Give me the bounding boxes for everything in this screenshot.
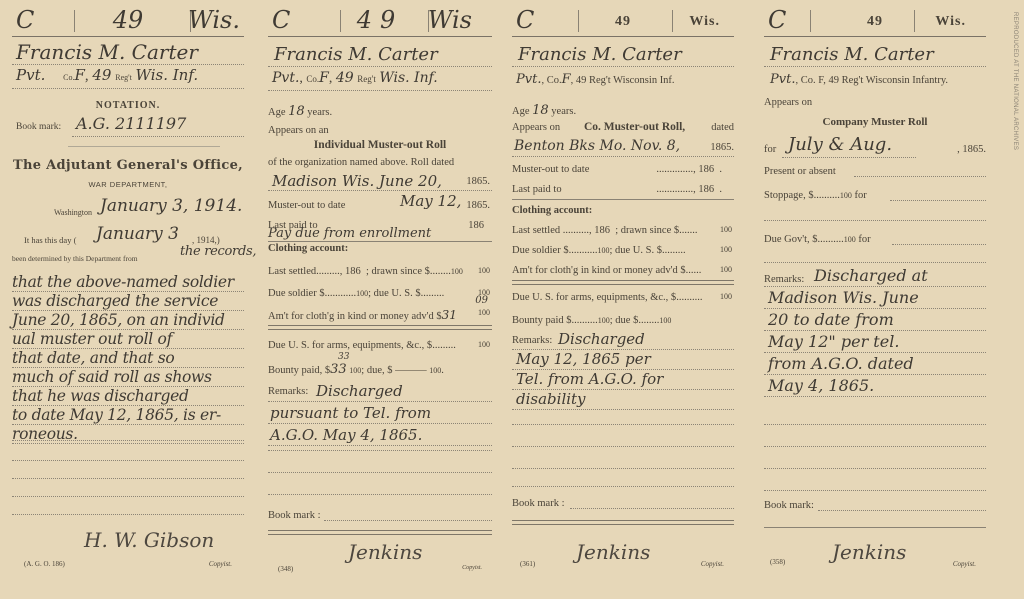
archive-stamp: REPRODUCED AT THE NATIONAL ARCHIVES — [1012, 12, 1018, 150]
appears-label: Appears on — [764, 97, 812, 108]
muster-out-year: 1865. — [466, 200, 490, 211]
handwritten-line: A.G.O. May 4, 1865. — [270, 426, 422, 444]
due-gov-row: Due Gov't, $..........100 for — [764, 234, 871, 245]
last-settled-row: Last settled .........., 186 ; drawn sin… — [512, 225, 697, 236]
header-state: Wis. — [188, 6, 240, 34]
roll-year: 1865. — [466, 176, 490, 187]
notation-card: C 49 Wis. Francis M. Carter Pvt. Co.F, 4… — [12, 0, 244, 599]
handwritten-line: May 4, 1865. — [768, 376, 874, 395]
rank-line: Pvt., Co.F, 49 Reg't Wisconsin Inf. — [516, 72, 675, 87]
due-arms-row: Due U. S. for arms, equipments, &c., $..… — [512, 292, 702, 303]
soldier-name: Francis M. Carter — [274, 44, 438, 65]
adjutant-office-title: The Adjutant General's Office, — [12, 158, 244, 173]
roll-title: Individual Muster-out Roll — [268, 139, 492, 151]
form-number: (348) — [278, 565, 293, 573]
roll-year: 1865. — [710, 142, 734, 153]
due-soldier-row: Due soldier $............100; due U. S. … — [268, 288, 444, 299]
book-mark-value: A.G. 2111197 — [76, 114, 186, 133]
last-paid-value: Pay due from enrollment — [268, 226, 431, 241]
form-number: (358) — [770, 558, 785, 566]
clothing-label: Clothing account: — [512, 205, 592, 216]
soldier-name: Francis M. Carter — [518, 44, 682, 65]
signature: Jenkins — [832, 540, 906, 564]
remarks-label: Remarks: — [512, 335, 552, 346]
day-label: It has this day ( — [24, 235, 76, 245]
war-department: WAR DEPARTMENT, — [12, 180, 244, 189]
appears-label: Appears on an — [268, 125, 329, 136]
handwritten-line: Discharged — [316, 382, 403, 400]
clothing-label: Clothing account: — [268, 243, 348, 254]
appears-label: Appears on — [512, 122, 560, 133]
amt-clothing-row: Am't for cloth'g in kind or money adv'd … — [512, 265, 701, 276]
handwritten-line: May 12, 1865 per — [516, 350, 651, 368]
due-soldier-row: Due soldier $...........100; due U. S. $… — [512, 245, 686, 256]
book-mark-label: Book mark : — [268, 510, 321, 521]
header-state: Wis. — [689, 14, 720, 30]
handwritten-line: May 12" per tel. — [768, 332, 899, 351]
notation-text-line: June 20, 1865, on an individ — [12, 311, 225, 329]
co-muster-out-card: C 49 Wis. Francis M. Carter Pvt., Co.F, … — [512, 0, 734, 599]
amt-clothing-row: Am't for cloth'g in kind or money adv'd … — [268, 308, 457, 322]
copyist-label: Copyist. — [462, 565, 482, 571]
handwritten-line: from A.G.O. dated — [768, 354, 914, 373]
day-value: January 3 — [96, 224, 179, 244]
rank-line: Pvt. Co.F, 49 Reg't Wis. Inf. — [16, 66, 198, 85]
card-header: C 49 Wis — [268, 4, 492, 37]
organization-label: of the organization named above. Roll da… — [268, 157, 454, 168]
roll-title: Co. Muster-out Roll, — [584, 121, 685, 133]
present-label: Present or absent — [764, 166, 836, 177]
handwritten-line: Discharged at — [814, 266, 928, 285]
signature: H. W. Gibson — [84, 528, 214, 552]
header-state: Wis. — [935, 14, 966, 30]
for-label: for — [764, 144, 776, 155]
place-label: Washington — [54, 208, 92, 217]
age-row: Age 18 years. — [268, 104, 332, 119]
stoppage-row: Stoppage, $..........100 for — [764, 190, 867, 201]
book-mark-label: Book mark : — [512, 498, 565, 509]
book-mark-label: Book mark: — [16, 122, 61, 132]
soldier-name: Francis M. Carter — [770, 44, 934, 65]
muster-out-value: May 12, — [400, 192, 461, 210]
copyist-label: Copyist. — [953, 560, 976, 568]
handwritten-line: Tel. from A.G.O. for — [516, 370, 663, 388]
notation-title: NOTATION. — [12, 100, 244, 111]
for-value: July & Aug. — [788, 134, 892, 155]
handwritten-line: 20 to date from — [768, 310, 894, 329]
place-date: January 3, 1914. — [100, 196, 242, 216]
remarks-label: Remarks: — [268, 386, 308, 397]
handwritten-line: Madison Wis. June — [768, 288, 919, 307]
copyist-label: Copyist. — [701, 560, 724, 568]
copyist-label: Copyist. — [209, 560, 232, 568]
notation-text-line: ual muster out roll of — [12, 330, 172, 348]
last-paid-label: Last paid to — [512, 184, 562, 195]
individual-muster-out-card: C 49 Wis Francis M. Carter Pvt., Co.F, 4… — [268, 0, 492, 599]
soldier-name: Francis M. Carter — [16, 40, 198, 64]
last-settled-row: Last settled........., 186 ; drawn since… — [268, 266, 463, 277]
notation-text-line: that the above-named soldier — [12, 273, 234, 291]
card-header: C 49 Wis. — [512, 4, 734, 37]
notation-text-line: to date May 12, 1865, is er- — [12, 406, 221, 424]
card-header: C 49 Wis. — [764, 4, 986, 37]
notation-text-line: much of said roll as shows — [12, 368, 212, 386]
notation-text-line: was discharged the service — [12, 292, 218, 310]
remarks-label: Remarks: — [764, 274, 804, 285]
book-mark-label: Book mark: — [764, 500, 814, 511]
muster-out-label: Muster-out to date — [512, 164, 589, 175]
notation-text-line: the records, — [180, 244, 256, 259]
roll-title: Company Muster Roll — [764, 116, 986, 128]
notation-text-line: that he was discharged — [12, 387, 189, 405]
signature: Jenkins — [348, 540, 422, 564]
bounty-row: Bounty paid, $33 100; due, $ ——— 100. — [268, 362, 444, 377]
signature: Jenkins — [576, 540, 650, 564]
bounty-row: Bounty paid $..........100; due $.......… — [512, 315, 671, 326]
form-number: (A. G. O. 186) — [24, 560, 65, 568]
handwritten-line: disability — [516, 390, 586, 408]
card-header: C 49 Wis. — [12, 4, 244, 37]
company-muster-roll-card: C 49 Wis. Francis M. Carter Pvt., Co. F,… — [764, 0, 986, 599]
rank-line: Pvt., Co.F, 49 Reg't Wis. Inf. — [272, 70, 438, 87]
roll-dated: Madison Wis. June 20, — [272, 172, 442, 190]
handwritten-line: Discharged — [558, 330, 645, 348]
age-row: Age 18 years. — [512, 103, 576, 118]
notation-text-line: that date, and that so — [12, 349, 174, 367]
rank-line: Pvt., Co. F, 49 Reg't Wisconsin Infantry… — [770, 72, 948, 87]
muster-out-label: Muster-out to date — [268, 200, 345, 211]
roll-dated: Benton Bks Mo. Nov. 8, — [514, 138, 680, 154]
form-number: (361) — [520, 560, 535, 568]
determined-label: been determined by this Department from — [12, 254, 138, 263]
header-state: Wis — [428, 6, 472, 34]
handwritten-line: pursuant to Tel. from — [270, 404, 431, 422]
due-arms-row: Due U. S. for arms, equipments, &c., $..… — [268, 340, 456, 351]
